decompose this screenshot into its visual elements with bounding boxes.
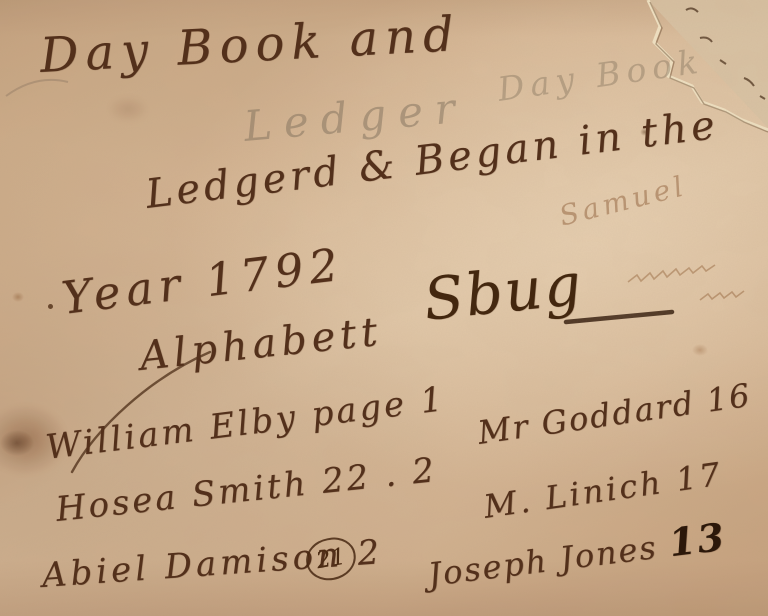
manuscript-photo: Day Book and Ledger Day Book Ledgerd & B… xyxy=(0,0,768,616)
entry-page-number: 17 xyxy=(674,455,726,499)
ink-dot xyxy=(48,304,53,309)
entry-page-number: 16 xyxy=(704,376,754,420)
entry-page-number: 13 xyxy=(666,514,728,566)
circled-number-text: 21 xyxy=(314,544,347,575)
